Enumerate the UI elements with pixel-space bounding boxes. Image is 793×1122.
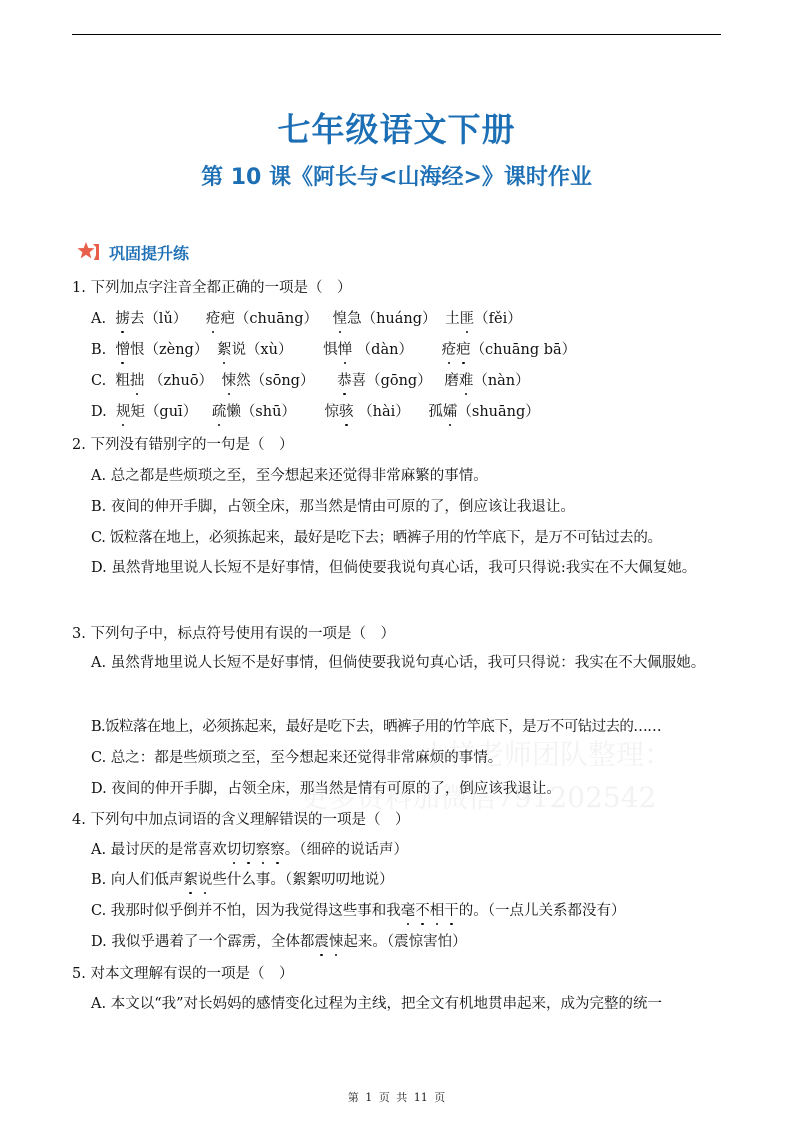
- dotted-char: 难: [459, 371, 474, 391]
- word-item: 孤孀（shuāng）: [428, 404, 539, 420]
- option-text: 饭粒落在地上，必须拣起来，最好是吃下去；晒裤子用的竹竿底下，是万不可钻过去的。: [110, 530, 662, 546]
- option-letter: A.: [91, 996, 106, 1012]
- q3-option-c: C. 总之：都是些烦琐之至，至今想起来还觉得非常麻烦的事情。: [91, 748, 502, 768]
- question-stem: 对本文理解有误的一项是（ ）: [90, 966, 293, 982]
- question-2: 2. 下列没有错别字的一句是（ ）: [72, 435, 293, 455]
- q1-option-d: D. 规矩（guī） 疏懒（shū） 惊骇 （hài） 孤孀（shuāng）: [91, 402, 540, 422]
- option-text: 本文以“我”对长妈妈的感情变化过程为主线，把全文有机地贯串起来，成为完整的统一: [111, 996, 662, 1012]
- word-item: 絮说（xù）: [217, 342, 293, 358]
- option-text: 总之都是些烦琐之至，至今想起来还觉得非常麻繁的事情。: [111, 468, 488, 484]
- dotted-char: 悚: [222, 371, 237, 391]
- dotted-char: 切: [241, 840, 256, 860]
- question-number: 5.: [72, 966, 86, 982]
- option-letter: D.: [91, 560, 107, 576]
- question-1: 1. 下列加点字注音全都正确的一项是（ ）: [72, 278, 351, 298]
- option-letter: C.: [91, 373, 106, 389]
- question-5: 5. 对本文理解有误的一项是（ ）: [72, 964, 293, 984]
- option-text: 虽然背地里说人长短不是好事情，但倘使要我说句真心话，我可只得说:我实在不大佩复她…: [111, 560, 696, 576]
- dotted-char: 疤: [456, 340, 471, 360]
- question-number: 3.: [72, 626, 86, 642]
- word-item: 掳去（lǔ）: [115, 311, 187, 327]
- option-letter: D.: [91, 404, 107, 420]
- option-text: 饭粒落在地上，必须拣起来，最好是吃下去，晒裤子用的竹竿底下，是万不可钻过去的……: [105, 719, 661, 735]
- dotted-char: 规: [116, 402, 131, 422]
- q2-option-c: C. 饭粒落在地上，必须拣起来，最好是吃下去；晒裤子用的竹竿底下，是万不可钻过去…: [91, 528, 662, 548]
- dotted-char: 察: [256, 840, 271, 860]
- document-subtitle: 第 10 课《阿长与<山海经>》课时作业: [0, 160, 793, 191]
- dotted-word: 絮说: [183, 872, 212, 888]
- option-letter: B.: [91, 342, 106, 358]
- word-item: 悚然（sōng）: [222, 373, 315, 389]
- dotted-char: 匪: [460, 309, 475, 329]
- q3-option-b: B.饭粒落在地上，必须拣起来，最好是吃下去，晒裤子用的竹竿底下，是万不可钻过去的…: [91, 717, 661, 737]
- dotted-char: 震: [314, 932, 329, 952]
- q5-option-a: A. 本文以“我”对长妈妈的感情变化过程为主线，把全文有机地贯串起来，成为完整的…: [91, 994, 662, 1014]
- section-label: 巩固提升练: [107, 241, 191, 264]
- question-stem: 下列没有错别字的一句是（ ）: [90, 437, 293, 453]
- question-stem: 下列加点字注音全都正确的一项是（ ）: [90, 280, 351, 296]
- question-number: 2.: [72, 437, 86, 453]
- question-3: 3. 下列句子中，标点符号使用有误的一项是（ ）: [72, 624, 395, 644]
- section-heading: 巩固提升练: [77, 239, 191, 265]
- dotted-char: 察: [270, 840, 285, 860]
- option-letter: B.: [91, 719, 105, 735]
- option-text: 虽然背地里说人长短不是好事情，但倘使要我说句真心话，我可只得说：我实在不大佩服她…: [111, 655, 706, 671]
- dotted-char: 相: [430, 901, 445, 921]
- q4-option-a: A. 最讨厌的是常喜欢切切察察。（细碎的说话声）: [91, 840, 408, 860]
- q2-option-b: B. 夜间的伸开手脚，占领全床，那当然是情由可原的了，倒应该让我退让。: [91, 497, 575, 517]
- question-4: 4. 下列句中加点词语的含义理解错误的一项是（ ）: [72, 810, 409, 830]
- q4-option-b: B. 向人们低声絮说些什么事。（絮絮叨叨地说）: [91, 870, 394, 890]
- option-text: 夜间的伸开手脚，占领全床，那当然是情由可原的了，倒应该让我退让。: [111, 499, 575, 515]
- word-item: 磨难（nàn）: [444, 373, 529, 389]
- q4-option-c: C. 我那时似乎倒并不怕，因为我觉得这些事和我毫不相干的。（一点儿关系都没有）: [91, 901, 626, 921]
- question-stem: 下列句子中，标点符号使用有误的一项是（ ）: [90, 626, 395, 642]
- dotted-char: 说: [198, 870, 213, 890]
- word-item: 惊骇 （hài）: [325, 404, 410, 420]
- word-item: 疮疤（chuāng bā）: [442, 342, 577, 358]
- option-letter: B.: [91, 872, 106, 888]
- word-item: 土匪（fěi）: [445, 311, 522, 327]
- dotted-char: 不: [415, 901, 430, 921]
- q4-option-d: D. 我似乎遇着了一个霹雳，全体都震悚起来。（震惊害怕）: [91, 932, 467, 952]
- q3-option-a: A. 虽然背地里说人长短不是好事情，但倘使要我说句真心话，我可只得说：我实在不大…: [91, 648, 721, 679]
- page-footer: 第 1 页 共 11 页: [0, 1089, 793, 1105]
- option-letter: B.: [91, 499, 106, 515]
- dotted-char: 絮: [183, 870, 198, 890]
- word-item: 疏懒（shū）: [212, 404, 296, 420]
- word-item: 恭喜（gōng）: [337, 373, 432, 389]
- dotted-word: 震悚: [314, 934, 343, 950]
- dotted-char: 惶: [333, 309, 348, 329]
- document-title: 七年级语文下册: [0, 104, 793, 151]
- option-text: 总之：都是些烦琐之至，至今想起来还觉得非常麻烦的事情。: [111, 750, 503, 766]
- dotted-char: 孀: [443, 402, 458, 422]
- option-text: 夜间的伸开手脚，占领全床，那当然是情有可原的了，倒应该我退让。: [111, 781, 561, 797]
- dotted-char: 悚: [329, 932, 344, 952]
- word-item: 疮疤（chuāng）: [206, 311, 318, 327]
- dotted-char: 疮疤: [442, 342, 471, 358]
- word-item: 惶急（huáng）: [333, 311, 437, 327]
- option-letter: C.: [91, 530, 106, 546]
- dotted-char: 疏: [212, 402, 227, 422]
- q1-option-a: A. 掳去（lǔ） 疮疤（chuāng） 惶急（huáng） 土匪（fěi）: [91, 309, 522, 329]
- word-item: 规矩（guī）: [116, 404, 197, 420]
- dotted-char: 骇: [339, 402, 354, 422]
- dotted-char: 疮: [442, 340, 457, 360]
- dotted-char: 恭: [337, 371, 352, 391]
- q2-option-a: A. 总之都是些烦琐之至，至今想起来还觉得非常麻繁的事情。: [91, 466, 488, 486]
- dotted-char: 干: [444, 901, 459, 921]
- q1-option-c: C. 粗拙 （zhuō） 悚然（sōng） 恭喜（gōng） 磨难（nàn）: [91, 371, 530, 391]
- header-rule: [72, 34, 721, 35]
- option-letter: C.: [91, 903, 106, 919]
- option-letter: A.: [91, 842, 106, 858]
- dotted-char: 惮: [338, 340, 353, 360]
- option-letter: A.: [91, 655, 106, 671]
- option-letter: D.: [91, 781, 107, 797]
- star-icon: [77, 241, 101, 263]
- dotted-char: 切: [227, 840, 242, 860]
- question-stem: 下列句中加点词语的含义理解错误的一项是（ ）: [90, 812, 409, 828]
- q2-option-d: D. 虽然背地里说人长短不是好事情，但倘使要我说句真心话，我可只得说:我实在不大…: [91, 553, 721, 584]
- option-letter: A.: [91, 468, 106, 484]
- dotted-char: 疮: [206, 309, 221, 329]
- word-item: 惧惮 （dàn）: [323, 342, 413, 358]
- question-number: 4.: [72, 812, 86, 828]
- option-letter: A.: [91, 311, 106, 327]
- word-item: 憎恨（zèng）: [115, 342, 208, 358]
- dotted-char: 掳: [115, 309, 130, 329]
- word-item: 粗拙 （zhuō）: [115, 373, 213, 389]
- question-number: 1.: [72, 280, 86, 296]
- dotted-char: 拙: [130, 371, 145, 391]
- dotted-word: 切切察察: [227, 842, 285, 858]
- dotted-word: 毫不相干: [401, 903, 459, 919]
- option-letter: D.: [91, 934, 107, 950]
- dotted-char: 憎: [115, 340, 130, 360]
- q1-option-b: B. 憎恨（zèng） 絮说（xù） 惧惮 （dàn） 疮疤（chuāng bā…: [91, 340, 576, 360]
- option-letter: C.: [91, 750, 106, 766]
- dotted-char: 絮: [217, 340, 232, 360]
- dotted-char: 毫: [401, 901, 416, 921]
- q3-option-d: D. 夜间的伸开手脚，占领全床，那当然是情有可原的了，倒应该我退让。: [91, 779, 561, 799]
